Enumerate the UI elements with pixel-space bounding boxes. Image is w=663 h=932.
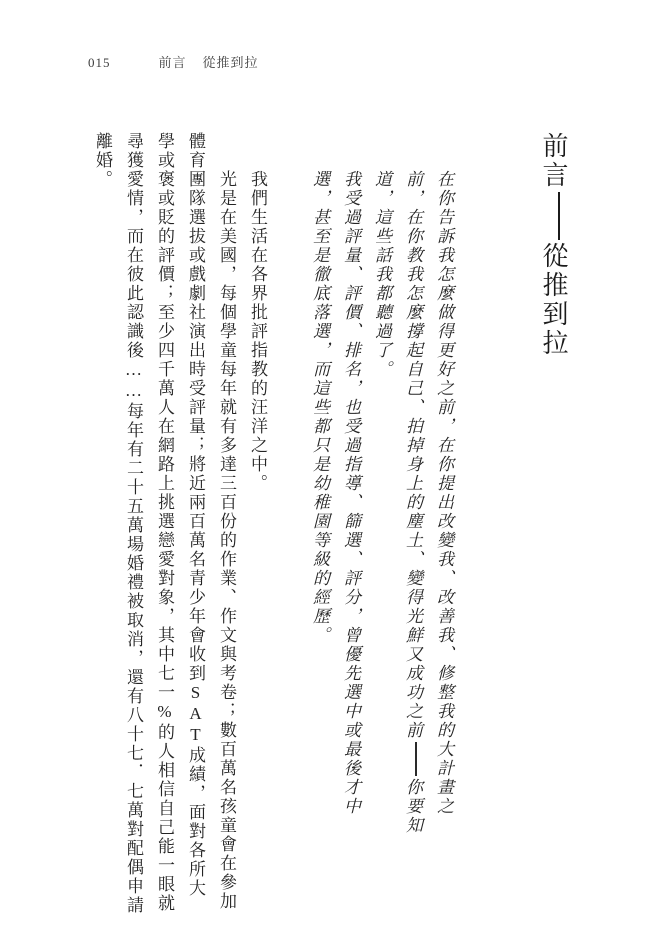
quote-paragraph: 在你告訴我怎麼做得更好之前，在你提出改變我、改善我、修整我的大計畫之前，在你教我… [366,170,459,880]
text-line: 體育團隊選拔或戲劇社演出時受評量；將近兩百萬名青少年會收到SAT成績，面對各所大 [180,132,211,880]
em-dash [558,192,560,240]
em-dash [415,742,417,776]
text-line: 道，這些話我都聽過了。 [366,170,397,880]
text-line: 學或褒或貶的評價；至少四千萬人在網路上挑選戀愛對象，其中七一%的人相信自己能一眼… [149,132,180,880]
body-paragraph: 我們生活在各界批評指教的汪洋之中。 [242,132,273,880]
page-number: 015 [88,55,111,71]
text-line: 在你告訴我怎麼做得更好之前，在你提出改變我、改善我、修整我的大計畫之 [428,170,459,880]
text-line: 選，甚至是徹底落選，而這些都只是幼稚園等級的經歷。 [304,170,335,880]
book-page: 015 前言 從推到拉 前言從推到拉 在你告訴我怎麼做得更好之前，在你提出改變我… [0,0,663,932]
text-line: 我們生活在各界批評指教的汪洋之中。 [242,132,273,880]
text-line: 離婚。 [87,132,118,880]
body-paragraph: 光是在美國，每個學童每年就有多達三百份的作業、作文與考卷；數百萬名孩童會在參加體… [87,132,242,880]
text-line: 尋獲愛情，而在彼此認識後……每年有二十五萬場婚禮被取消，還有八十七．七萬對配偶申… [118,132,149,880]
page-content: 前言從推到拉 在你告訴我怎麼做得更好之前，在你提出改變我、改善我、修整我的大計畫… [87,132,568,880]
header-chapter-title: 從推到拉 [203,52,259,71]
epigraph-quote: 在你告訴我怎麼做得更好之前，在你提出改變我、改善我、修整我的大計畫之前，在你教我… [304,132,459,880]
text-line: 前，在你教我怎麼撐起自己、拍掉身上的塵土、變得光鮮又成功之前你要知 [397,170,428,880]
running-head: 015 前言 從推到拉 [88,52,259,71]
header-section-label: 前言 [159,52,187,71]
page-title: 前言從推到拉 [538,132,568,880]
body-text: 我們生活在各界批評指教的汪洋之中。光是在美國，每個學童每年就有多達三百份的作業、… [87,132,273,880]
text-line: 前言從推到拉 [538,132,568,880]
text-line: 我受過評量、評價、排名，也受過指導、篩選、評分，曾優先選中或最後才中 [335,170,366,880]
quote-paragraph: 我受過評量、評價、排名，也受過指導、篩選、評分，曾優先選中或最後才中選，甚至是徹… [304,170,366,880]
text-line: 光是在美國，每個學童每年就有多達三百份的作業、作文與考卷；數百萬名孩童會在參加 [211,132,242,880]
